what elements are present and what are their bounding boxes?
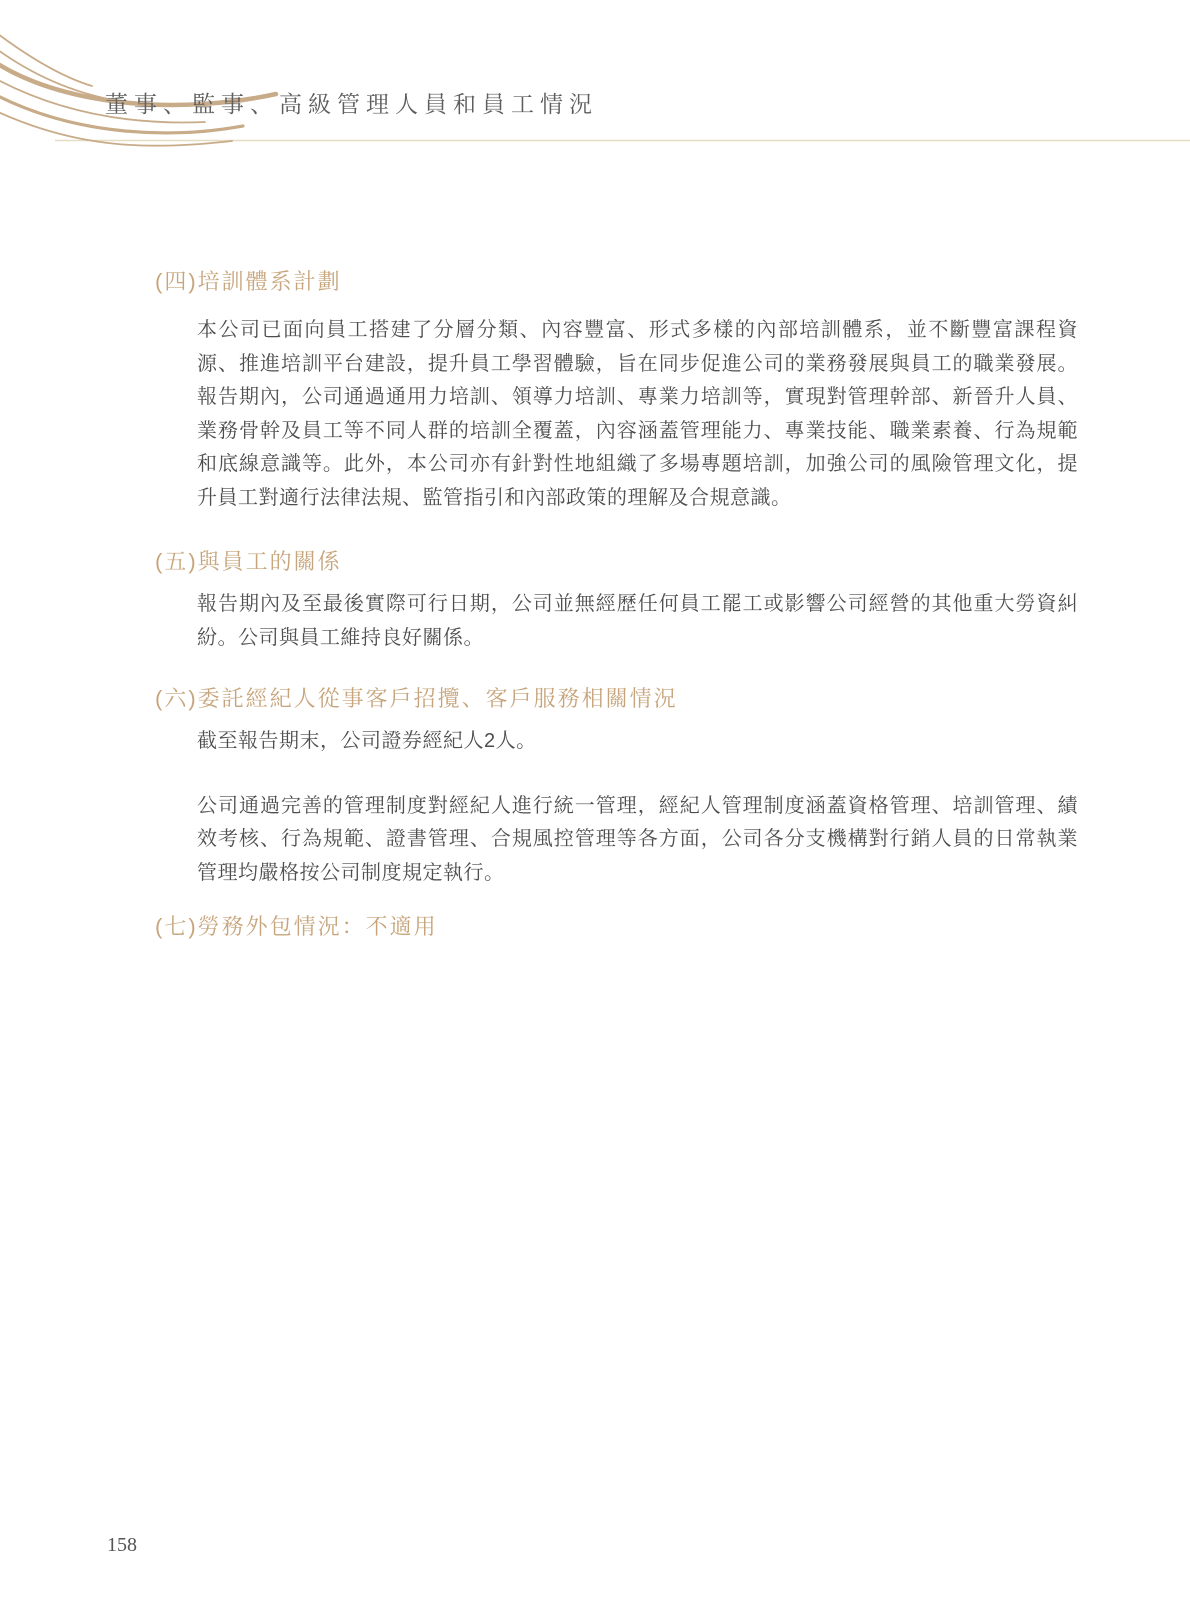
page-header-title: 董事、監事、高級管理人員和員工情況	[105, 90, 598, 120]
section-heading: (七)勞務外包情況：不適用	[155, 913, 1078, 941]
paragraph: 公司通過完善的管理制度對經紀人進行統一管理，經紀人管理制度涵蓋資格管理、培訓管理…	[197, 790, 1078, 891]
section-heading: (四)培訓體系計劃	[155, 268, 1078, 296]
section-training-system: (四)培訓體系計劃 本公司已面向員工搭建了分層分類、內容豐富、形式多樣的內部培訓…	[155, 268, 1078, 515]
section-heading: (五)與員工的關係	[155, 548, 1078, 576]
document-page: 董事、監事、高級管理人員和員工情況 (四)培訓體系計劃 本公司已面向員工搭建了分…	[0, 0, 1190, 1615]
section-broker-services: (六)委託經紀人從事客戶招攬、客戶服務相關情況 截至報告期末，公司證券經紀人2人…	[155, 685, 1078, 890]
page-number: 158	[107, 1534, 137, 1557]
section-heading: (六)委託經紀人從事客戶招攬、客戶服務相關情況	[155, 685, 1078, 713]
paragraph: 報告期內及至最後實際可行日期，公司並無經歷任何員工罷工或影響公司經營的其他重大勞…	[197, 588, 1078, 655]
content: (四)培訓體系計劃 本公司已面向員工搭建了分層分類、內容豐富、形式多樣的內部培訓…	[155, 268, 1078, 941]
paragraph: 截至報告期末，公司證券經紀人2人。	[197, 725, 1078, 759]
paragraph: 本公司已面向員工搭建了分層分類、內容豐富、形式多樣的內部培訓體系，並不斷豐富課程…	[197, 314, 1078, 515]
section-labor-outsourcing: (七)勞務外包情況：不適用	[155, 913, 1078, 941]
section-employee-relations: (五)與員工的關係 報告期內及至最後實際可行日期，公司並無經歷任何員工罷工或影響…	[155, 548, 1078, 655]
header-swoosh-icon	[0, 0, 1190, 170]
